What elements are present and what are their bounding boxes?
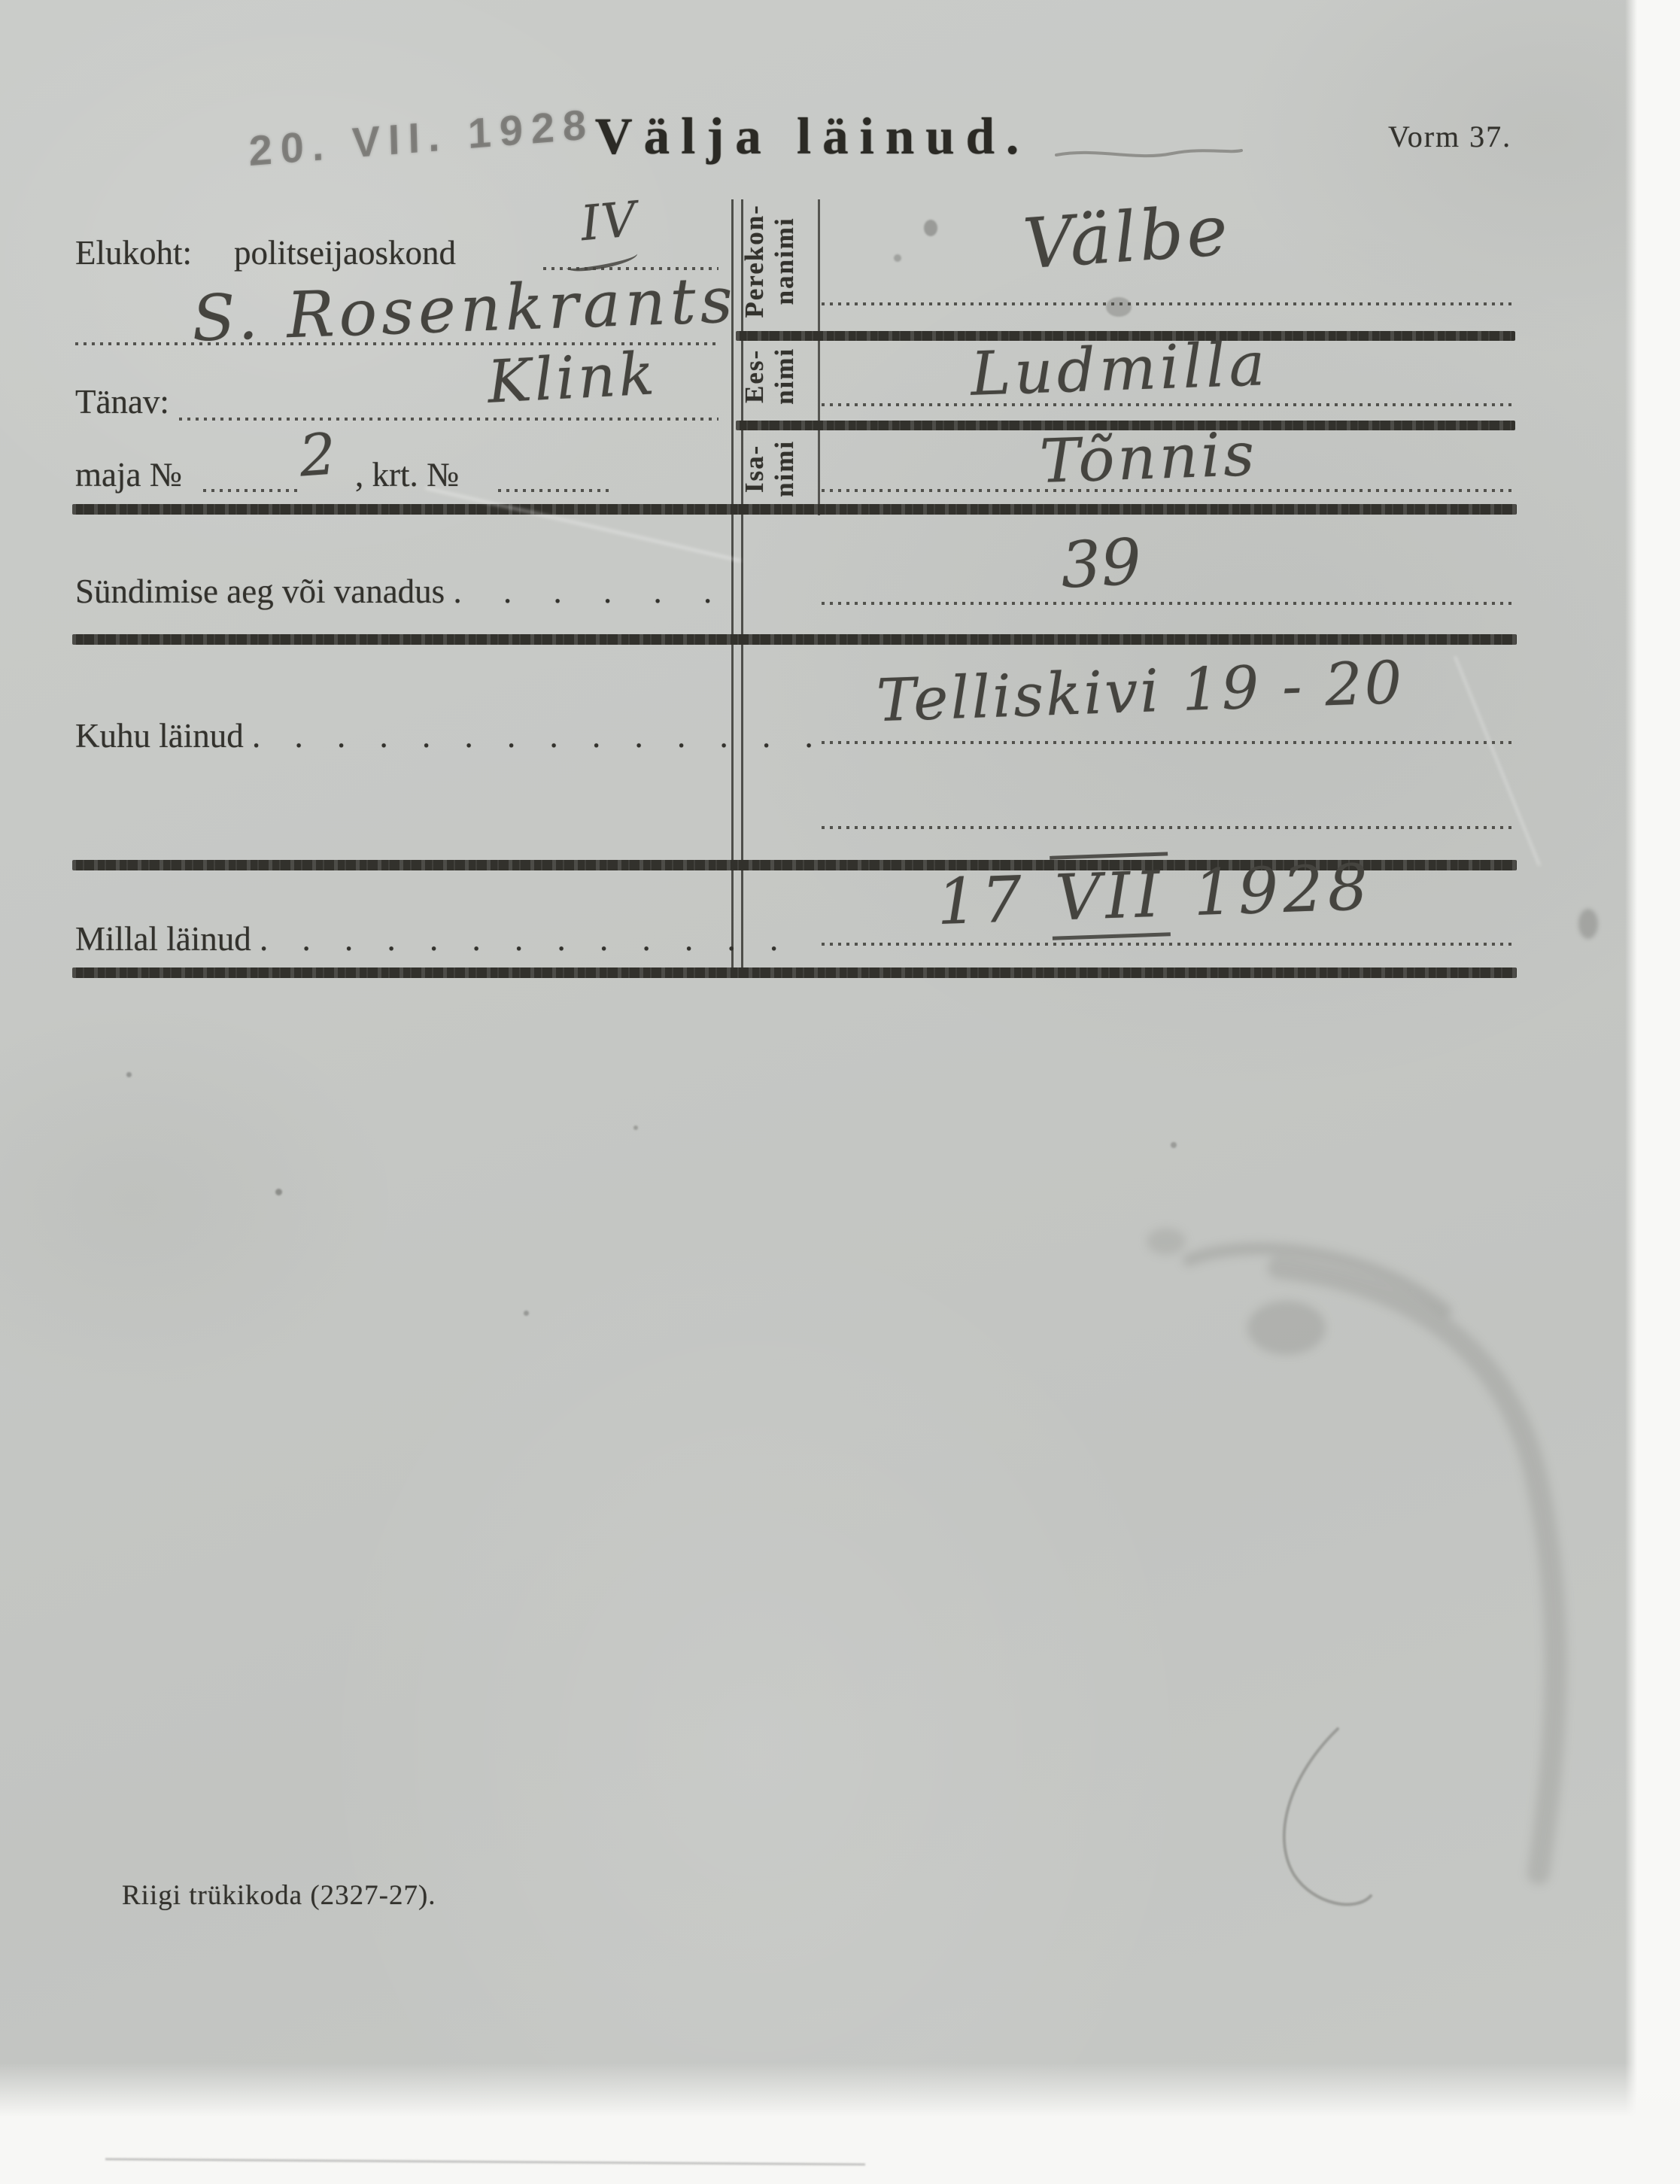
handwritten-departure-date: 17 VII 1928 — [935, 850, 1373, 939]
printer-credit: Riigi trükikoda (2327-27). — [122, 1879, 436, 1912]
section-separator-bar — [72, 634, 1517, 645]
elukoht-word: Elukoht: — [75, 234, 192, 272]
scan-edge-bottom — [0, 2063, 1680, 2184]
paper-crease — [1454, 656, 1540, 866]
handwritten-destination: Telliskivi 19 - 20 — [876, 649, 1405, 735]
paper-speck — [126, 1072, 132, 1077]
section-separator-bar — [72, 504, 1517, 515]
kuhu-label-text: Kuhu läinud — [75, 717, 244, 755]
scan-edge-right — [1625, 0, 1680, 2184]
form-title: Välja läinud. — [0, 107, 1625, 166]
field-label-birth: Sündimise aeg või vanadus . . . . . . — [75, 572, 713, 611]
dotted-line-fathername — [822, 489, 1512, 492]
eesnimi-line2: nimi — [770, 348, 800, 405]
scanned-form-sheet: 20. VII. 1928 Välja läinud. Vorm 37. Elu… — [0, 0, 1680, 2184]
field-label-tanav: Tänav: — [75, 382, 169, 421]
perekonnanimi-line1: Perekon- — [740, 204, 770, 317]
dotted-line-surname — [822, 302, 1512, 305]
handwritten-age: 39 — [1059, 524, 1144, 602]
ink-smudge — [1106, 297, 1132, 317]
dot-leader: . . . . . . — [453, 573, 713, 610]
handwritten-street: Klink — [486, 340, 659, 417]
departure-day: 17 — [935, 862, 1027, 939]
ink-speck — [924, 220, 937, 236]
ink-speck — [894, 254, 901, 262]
dotted-line-destination-2 — [822, 826, 1512, 829]
dotted-line-age — [822, 602, 1512, 605]
politseijaoskond-word: politseijaoskond — [234, 234, 456, 272]
smudge-stain-arc — [1053, 1151, 1640, 1949]
dotted-line-departure-date — [822, 943, 1512, 946]
millal-label-text: Millal läinud — [75, 920, 251, 958]
departure-month-roman: VII — [1050, 852, 1171, 940]
isanimi-line1: Isa- — [740, 440, 770, 497]
handwritten-police-district: IV — [579, 192, 640, 252]
edge-smudge — [1578, 909, 1598, 939]
perekonnanimi-line2: nanimi — [770, 204, 800, 317]
rotated-label-perekonnanimi: Perekon- nanimi — [702, 194, 837, 328]
handwritten-surname: Välbe — [1021, 190, 1233, 285]
dotted-line-street — [179, 418, 718, 421]
paper-speck — [275, 1189, 282, 1195]
form-number: Vorm 37. — [1388, 119, 1511, 154]
paper-crease — [425, 487, 741, 563]
dotted-line-apartment-no — [498, 489, 612, 492]
dot-leader: . . . . . . . . . . . . . . — [252, 717, 815, 755]
isanimi-line2: nimi — [770, 440, 800, 497]
field-label-kuhu: Kuhu läinud . . . . . . . . . . . . . . — [75, 716, 815, 755]
dot-leader: . . . . . . . . . . . . . — [260, 920, 779, 958]
paper-speck — [633, 1125, 638, 1130]
departure-year: 1928 — [1192, 850, 1374, 930]
paper-speck — [524, 1311, 529, 1316]
handwritten-firstname: Ludmilla — [969, 329, 1269, 409]
birth-label-text: Sündimise aeg või vanadus — [75, 573, 445, 610]
dotted-line-firstname — [822, 403, 1512, 406]
section-separator-bar — [72, 967, 1517, 978]
dotted-line-destination — [822, 741, 1512, 744]
field-label-maja: maja № — [75, 455, 182, 494]
handwritten-house-number: 2 — [297, 420, 338, 489]
handwritten-fathername: Tõnnis — [1038, 419, 1258, 497]
eesnimi-line1: Ees- — [740, 348, 770, 405]
paper-speck — [1171, 1142, 1177, 1148]
dotted-line-house-no — [203, 489, 299, 492]
pencil-squiggle-mark — [1241, 1715, 1407, 1956]
field-label-elukoht: Elukoht:politseijaoskond — [75, 233, 456, 272]
field-label-krt: , krt. № — [355, 455, 459, 494]
field-label-millal: Millal läinud . . . . . . . . . . . . . — [75, 919, 779, 958]
